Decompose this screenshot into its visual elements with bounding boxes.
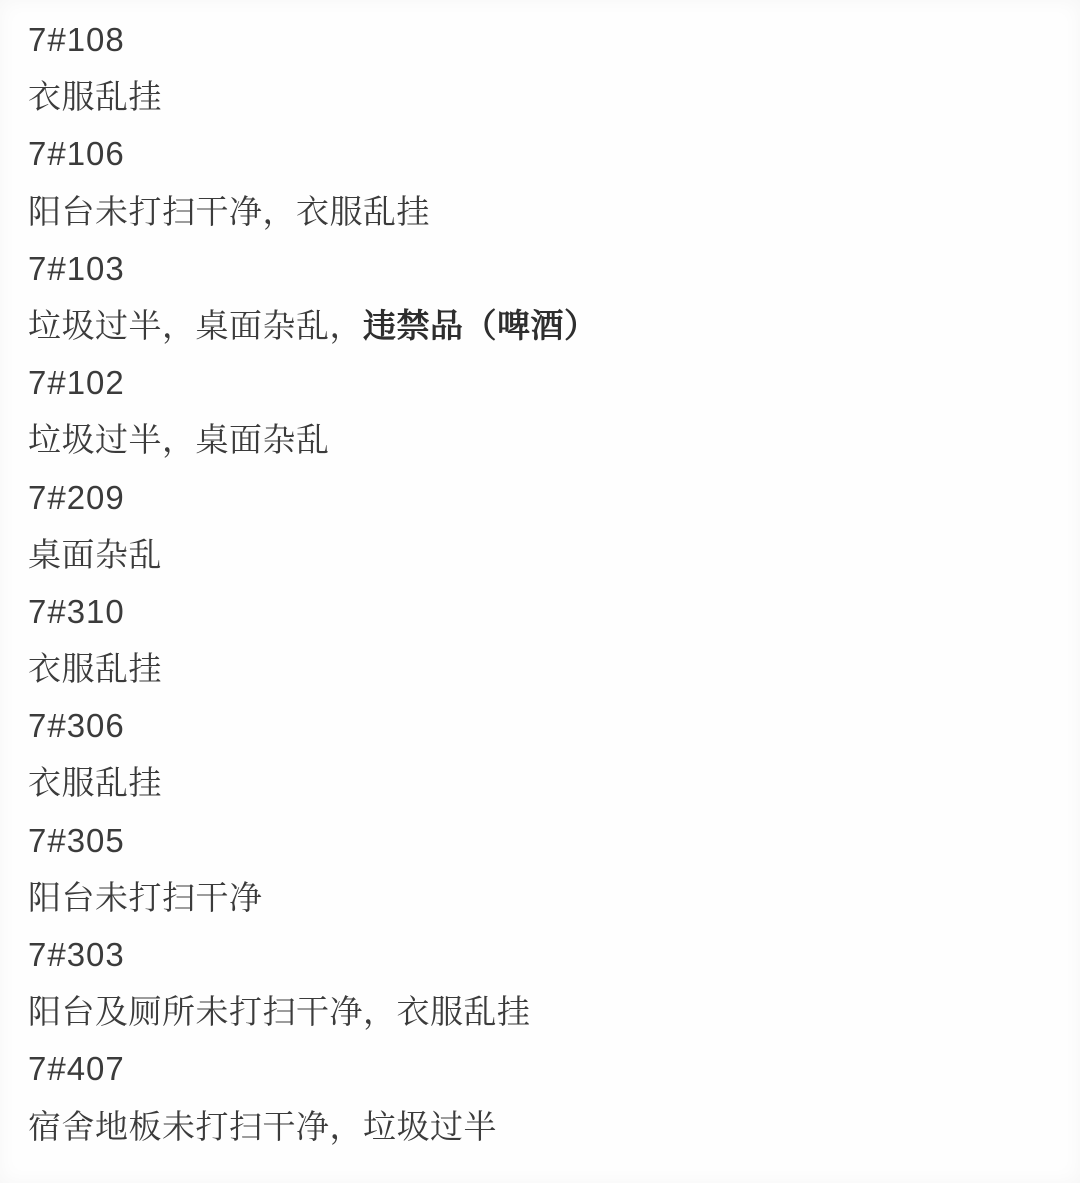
issue-line: 阳台及厕所未打扫干净，衣服乱挂: [28, 983, 1060, 1040]
issue-line: 垃圾过半，桌面杂乱，违禁品（啤酒）: [28, 297, 1060, 354]
issue-text: 衣服乱挂: [28, 764, 162, 801]
issue-line: 阳台未打扫干净，衣服乱挂: [28, 183, 1060, 240]
issue-line: 衣服乱挂: [28, 640, 1060, 697]
issue-line: 衣服乱挂: [28, 68, 1060, 125]
issue-text: 衣服乱挂: [28, 650, 162, 687]
room-number: 7#407: [28, 1040, 1060, 1097]
issue-text: 垃圾过半，桌面杂乱: [28, 421, 330, 458]
issue-line: 桌面杂乱: [28, 526, 1060, 583]
room-number: 7#303: [28, 926, 1060, 983]
inspection-report: 7#108 衣服乱挂 7#106 阳台未打扫干净，衣服乱挂 7#103 垃圾过半…: [0, 0, 1080, 1183]
room-number: 7#310: [28, 583, 1060, 640]
room-number: 7#306: [28, 697, 1060, 754]
issue-text-bold: 违禁品（啤酒）: [363, 307, 598, 344]
room-number: 7#305: [28, 812, 1060, 869]
issue-text: 衣服乱挂: [28, 78, 162, 115]
room-number: 7#102: [28, 354, 1060, 411]
issue-line: 衣服乱挂: [28, 754, 1060, 811]
issue-text: 宿舍地板未打扫干净，垃圾过半: [28, 1108, 497, 1145]
issue-line: 宿舍地板未打扫干净，垃圾过半: [28, 1098, 1060, 1155]
issue-text: 阳台未打扫干净，衣服乱挂: [28, 193, 430, 230]
issue-text: 桌面杂乱: [28, 536, 162, 573]
issue-text: 阳台及厕所未打扫干净，衣服乱挂: [28, 993, 531, 1030]
room-number: 7#106: [28, 125, 1060, 182]
room-number: 7#108: [28, 11, 1060, 68]
room-number: 7#103: [28, 240, 1060, 297]
issue-text: 阳台未打扫干净: [28, 879, 263, 916]
room-number: 7#209: [28, 469, 1060, 526]
issue-line: 垃圾过半，桌面杂乱: [28, 411, 1060, 468]
issue-line: 阳台未打扫干净: [28, 869, 1060, 926]
issue-text: 垃圾过半，桌面杂乱，: [28, 307, 363, 344]
